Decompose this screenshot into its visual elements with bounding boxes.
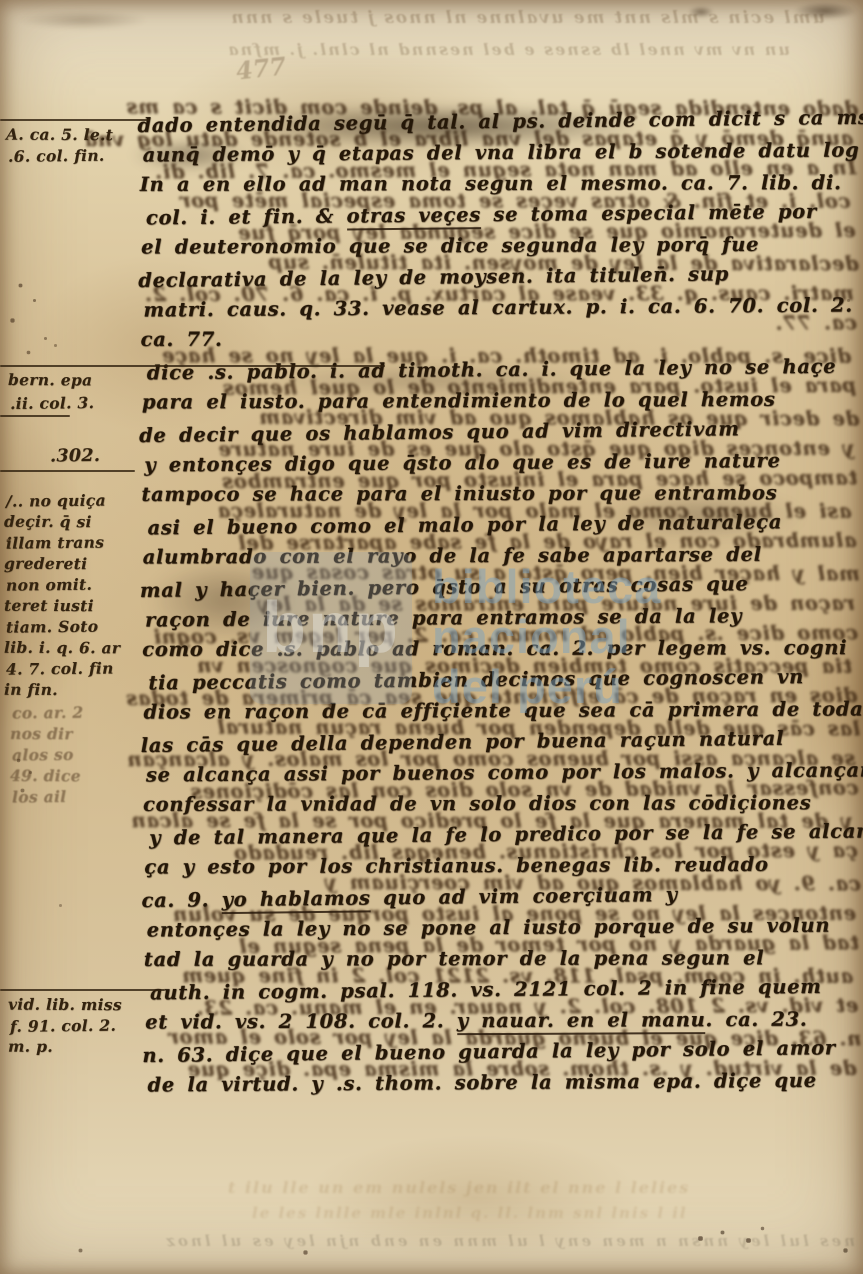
margin-rule <box>0 415 70 417</box>
margin-note: vid. lib. missf. 91. col. 2.m. p. <box>8 986 165 1057</box>
margin-note-line: los ail <box>12 786 84 808</box>
margin-note-line: .302. <box>50 446 137 468</box>
margin-note-line: non omit. <box>6 573 123 595</box>
margin-note: /.. no quiçadeçir. q̄ siillam transgrede… <box>4 490 120 700</box>
margin-note-line: /.. no quiça <box>6 489 123 511</box>
margin-note-line: .ii. col. 3. <box>10 389 387 414</box>
margin-note-line: 49. dice <box>10 765 81 786</box>
margin-note-line: m. p. <box>8 1036 165 1058</box>
margin-note-line: alos so <box>12 744 84 766</box>
manuscript-page: dado entendida segū q̄ tal. al ps. deind… <box>0 0 863 1274</box>
margin-note-line: illam trans <box>6 531 123 553</box>
margin-note-line: bern. epa <box>8 369 385 392</box>
margin-rule <box>0 119 150 121</box>
margin-note-line: deçir. q̄ si <box>4 511 120 533</box>
margin-rule <box>0 989 165 991</box>
margin-note: bern. epa.ii. col. 3. <box>8 362 385 420</box>
margin-note-line: lib. i. q. 6. ar <box>4 637 120 659</box>
margin-note: A. ca. 5. le.t.6. col. fin. <box>6 116 150 166</box>
margin-note-line: gredereti <box>4 553 120 575</box>
margin-note-line: vid. lib. miss <box>8 994 165 1016</box>
margin-note-line: in fin. <box>4 679 120 701</box>
margin-note-line: .6. col. fin. <box>8 144 152 167</box>
margin-note-line: 4. 7. col. fin <box>6 657 123 679</box>
margin-note-line: nos dir <box>10 723 81 744</box>
margin-note-line: A. ca. 5. le.t <box>6 124 150 146</box>
margin-notes: A. ca. 5. le.t.6. col. fin.bern. epa.ii.… <box>0 0 863 1274</box>
margin-rule <box>0 470 135 472</box>
margin-note-line: tiam. Soto <box>6 615 123 637</box>
margin-note-line: co. ar. 2 <box>12 702 84 724</box>
margin-note-line: teret iusti <box>4 595 120 617</box>
margin-note-line: f. 91. col. 2. <box>10 1014 167 1037</box>
margin-note: .302. <box>48 446 135 475</box>
margin-rule <box>0 365 385 367</box>
margin-note: co. ar. 2nos diralos so49. dicelos ail <box>10 702 81 807</box>
